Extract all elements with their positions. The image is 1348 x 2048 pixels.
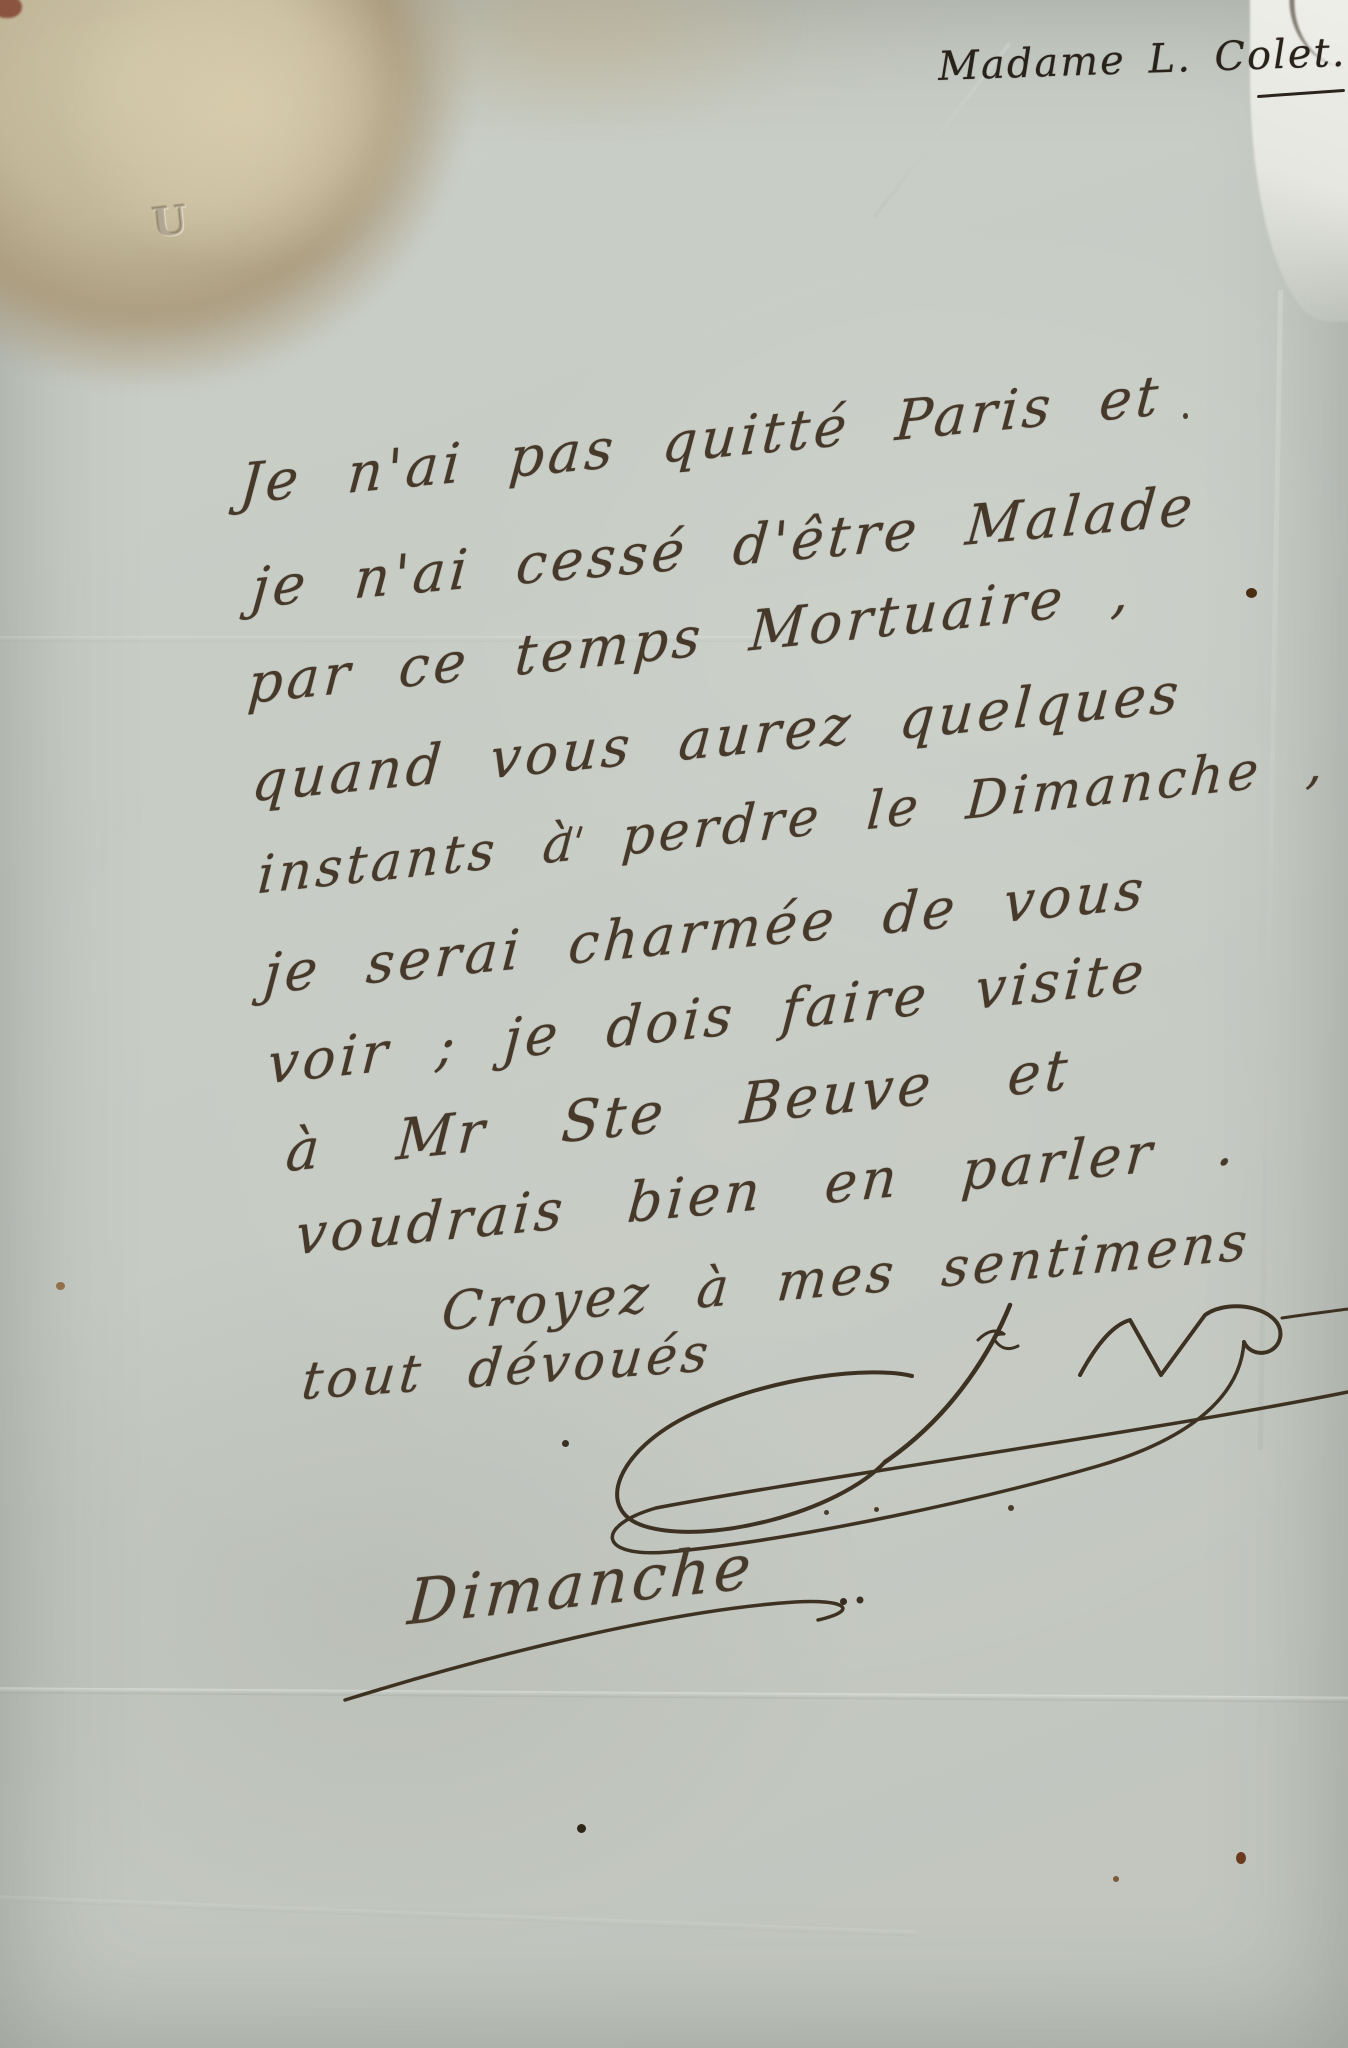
ink-speck — [1183, 413, 1188, 419]
ink-speck — [1008, 1505, 1014, 1511]
ink-blot — [1246, 588, 1257, 598]
embossed-monogram-stamp: U — [147, 196, 192, 250]
ink-speck — [562, 1440, 569, 1447]
ink-speck — [874, 1507, 879, 1512]
ink-speck — [840, 1598, 847, 1605]
insertion-mark — [568, 826, 594, 838]
ink-speck — [824, 1510, 829, 1515]
letter-photo: U Madame L. Colet. Je n'ai pas quitté Pa… — [0, 0, 1348, 2048]
fold-crease — [0, 1893, 916, 1936]
ink-speck — [577, 1824, 586, 1833]
date-underline-flourish — [340, 1560, 920, 1710]
fold-crease — [1258, 290, 1283, 1450]
rust-spot — [1113, 1876, 1119, 1882]
foxing-spot — [56, 1282, 65, 1290]
rust-spot — [1236, 1852, 1246, 1864]
